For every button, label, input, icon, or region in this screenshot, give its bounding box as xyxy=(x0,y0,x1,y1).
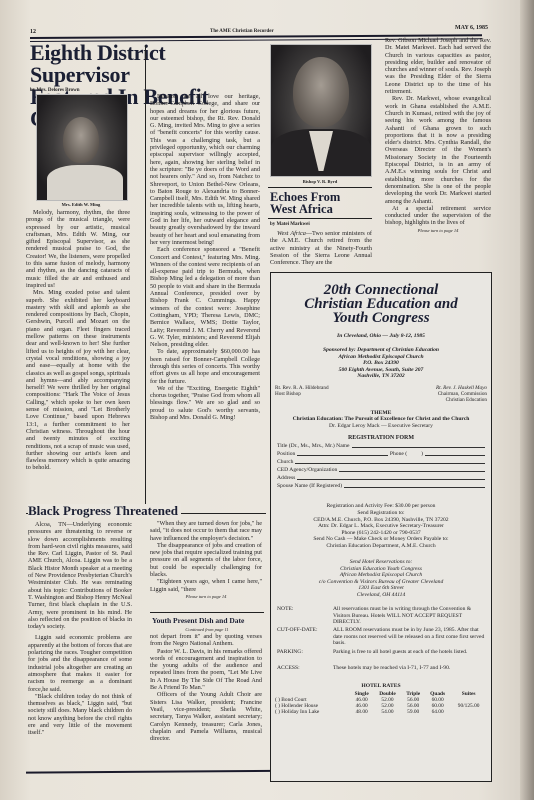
table-row[interactable]: ( ) Holiday Inn Lake 48.00 54.00 59.00 6… xyxy=(275,709,487,715)
photo-clothing xyxy=(47,165,123,200)
note-value: ALL ROOM reservations must be in by June… xyxy=(333,627,487,647)
rate-cell xyxy=(450,709,487,715)
black-progress-col-2: "When they are turned down for jobs," he… xyxy=(150,520,262,600)
send-registration: Send Registration to: CED/A.M.E. Church,… xyxy=(271,510,491,549)
field-name[interactable]: Title (Dr., Ms., Mrs., Mr.) Name xyxy=(277,443,485,449)
rate-cell: 48.00 xyxy=(350,709,374,715)
hotel-checkbox[interactable]: ( ) Holiday Inn Lake xyxy=(275,709,350,715)
paragraph: Liggin said economic problems are appare… xyxy=(28,634,132,692)
note-key: NOTE: xyxy=(277,606,333,626)
photo-bishop-byrd xyxy=(270,44,372,177)
west-africa-col-2: Rev. Gibson Michael Joseph and the Rev. … xyxy=(385,37,491,234)
youth-headline: Youth Present Dish and Date xyxy=(152,616,244,625)
note-key: ACCESS: xyxy=(277,665,333,672)
section-rule xyxy=(150,612,264,613)
name-input[interactable] xyxy=(352,443,485,448)
newspaper-page: 12 The AME Christian Recorder MAY 6, 198… xyxy=(0,0,520,800)
field-position[interactable]: PositionPhone () xyxy=(277,451,485,457)
paragraph: Rev. Gibson Michael Joseph and the Rev. … xyxy=(385,37,491,95)
photo-caption-ming: Mrs. Edith W. Ming xyxy=(36,202,126,207)
column-divider xyxy=(145,45,146,505)
continued-note: Please turn to page 14 xyxy=(150,593,262,600)
hotel-reservations: Send Hotel Reservations to: Christian Ed… xyxy=(271,559,491,598)
ad-location: In Cleveland, Ohio — July 8-12, 1985 xyxy=(271,333,491,340)
black-progress-col-1: Alcoa, TN—Underlying economic pressures … xyxy=(28,521,132,737)
paragraph: Rev. Dr. Markwei, whose evangelical work… xyxy=(385,95,491,204)
access-row: ACCESS:These hotels may be reached via I… xyxy=(277,665,487,672)
parking-row: PARKING:Parking is free to all hotel gue… xyxy=(277,649,487,656)
fee-line: Registration and Activity Fee: $30.00 pe… xyxy=(271,503,491,510)
form-title: REGISTRATION FORM xyxy=(271,435,491,442)
paragraph: Officers of the Young Adult Choir are Si… xyxy=(150,691,262,742)
phone-label: Phone ( xyxy=(390,451,407,457)
west-africa-headline: Echoes From West Africa xyxy=(270,191,340,215)
note-value: These hotels may be reached via I-71, I-… xyxy=(333,665,487,672)
host-title: Host Bishop xyxy=(275,391,329,397)
youth-col: not depart from it" and by quoting verse… xyxy=(150,633,262,742)
section-rule xyxy=(268,218,372,219)
field-spouse[interactable]: Spouse Name (If Registered) xyxy=(277,483,485,489)
ad-title: 20th Connectional Christian Education an… xyxy=(271,283,491,325)
organization-input[interactable] xyxy=(339,467,485,472)
continued-from-note: Continued from page 11 xyxy=(150,627,264,632)
publication-name: The AME Christian Recorder xyxy=(210,29,274,34)
west-africa-col-1: West Africa—Two senior ministers of the … xyxy=(270,230,372,266)
note-row: NOTE:All reservations must be in writing… xyxy=(277,606,487,626)
paragraph: Each conference sponsored a "Benefit Con… xyxy=(150,246,260,348)
hotel-rates-table: Single Double Triple Quads Suites ( ) Bo… xyxy=(275,691,487,715)
church-input[interactable] xyxy=(295,459,485,464)
field-label: Title (Dr., Ms., Mrs., Mr.) Name xyxy=(277,443,350,449)
note-key: PARKING: xyxy=(277,649,333,656)
paragraph: Because we all love our heritage, Bonner… xyxy=(150,93,260,246)
paragraph: Pastor W. L. Davis, in his remarks offer… xyxy=(150,648,262,692)
dateline: West Africa xyxy=(277,230,306,237)
spouse-input[interactable] xyxy=(344,483,485,488)
field-label: Address xyxy=(277,475,295,481)
phone-input[interactable] xyxy=(425,451,485,456)
paragraph: "Eighteen years ago, when I came here," … xyxy=(150,578,262,593)
page-number: 12 xyxy=(30,29,36,35)
field-label: Church xyxy=(277,459,293,465)
ad-title-line-1: 20th Connectional xyxy=(271,283,491,297)
paragraph: To date, approximately $60,000.00 has be… xyxy=(150,348,260,384)
headline-line-2: West Africa xyxy=(270,203,340,215)
rate-cell: 64.00 xyxy=(425,709,450,715)
field-church[interactable]: Church xyxy=(277,459,485,465)
send-line: Christian Education Department, A.M.E. C… xyxy=(271,543,491,550)
address-input[interactable] xyxy=(297,475,485,480)
field-address[interactable]: Address xyxy=(277,475,485,481)
host-bishop: Rt. Rev. R. A. Hildebrand Host Bishop xyxy=(275,385,329,397)
field-label: CED Agency/Organization xyxy=(277,467,337,473)
paragraph: Mrs. Ming exuded poise and talent superb… xyxy=(26,289,130,471)
paragraph: Melody, harmony, rhythm, the three prong… xyxy=(26,209,130,289)
youth-congress-ad: 20th Connectional Christian Education an… xyxy=(270,272,492,782)
concert-col-1: Melody, harmony, rhythm, the three prong… xyxy=(26,209,130,472)
executive-secretary: Dr. Edgar Leroy Mack — Executive Secreta… xyxy=(271,423,491,430)
paragraph: "When they are turned down for jobs," he… xyxy=(150,520,262,542)
paragraph: The disappearance of jobs and creation o… xyxy=(150,542,262,578)
note-value: Parking is free to all hotel guests at e… xyxy=(333,649,487,656)
continued-note: Please turn to page 14 xyxy=(385,227,491,234)
field-label: Position xyxy=(277,451,295,457)
cutoff-row: CUT-OFF-DATE:ALL ROOM reservations must … xyxy=(277,627,487,647)
photo-caption-byrd: Bishop V. R. Byrd xyxy=(270,179,370,184)
ad-title-line-3: Youth Congress xyxy=(271,311,491,325)
photo-edith-ming xyxy=(36,94,128,201)
hotel-line: Cleveland, OH 44114 xyxy=(271,592,491,599)
note-key: CUT-OFF-DATE: xyxy=(277,627,333,647)
paragraph: We of the "Exciting, Energetic Eighth" c… xyxy=(150,385,260,421)
section-rule xyxy=(268,187,372,188)
black-progress-headline: Black Progress Threatened xyxy=(28,504,181,518)
photo-face xyxy=(63,117,99,163)
chair-title: Christian Education xyxy=(436,397,487,403)
commission-chair: Rt. Rev. J. Haskell Mayo Chairman, Commi… xyxy=(436,385,487,403)
west-africa-byline: by Matei Markwei xyxy=(270,222,310,227)
theme-text: Christian Education: The Pursuit of Exce… xyxy=(271,416,491,423)
phone-paren: ) xyxy=(421,451,423,457)
rates-title: HOTEL RATES xyxy=(271,683,491,690)
ad-sponsor: Sponsored by: Department of Christian Ed… xyxy=(271,347,491,380)
paragraph: not depart from it" and by quoting verse… xyxy=(150,633,262,648)
ad-title-line-2: Christian Education and xyxy=(271,297,491,311)
field-label: Spouse Name (If Registered) xyxy=(277,483,342,489)
sponsor-line: Nashville, TN 37202 xyxy=(271,373,491,380)
paragraph: Alcoa, TN—Underlying economic pressures … xyxy=(28,521,132,630)
photo-face xyxy=(293,57,349,127)
page-edge-shadow xyxy=(520,0,534,800)
note-value: All reservations must be in writing thro… xyxy=(333,606,487,626)
paragraph: "Black children today do not think of th… xyxy=(28,693,132,737)
rate-cell: 59.00 xyxy=(401,709,425,715)
headline-line-1: Eighth District Supervisor xyxy=(30,42,270,86)
field-organization[interactable]: CED Agency/Organization xyxy=(277,467,485,473)
issue-date: MAY 6, 1985 xyxy=(455,25,488,31)
concert-byline: by Mrs. Delores Brown xyxy=(30,88,80,93)
paragraph: At a special retirement service conducte… xyxy=(385,205,491,227)
rate-cell: 54.00 xyxy=(374,709,402,715)
position-input[interactable] xyxy=(297,451,388,456)
concert-col-2: Because we all love our heritage, Bonner… xyxy=(150,93,260,421)
